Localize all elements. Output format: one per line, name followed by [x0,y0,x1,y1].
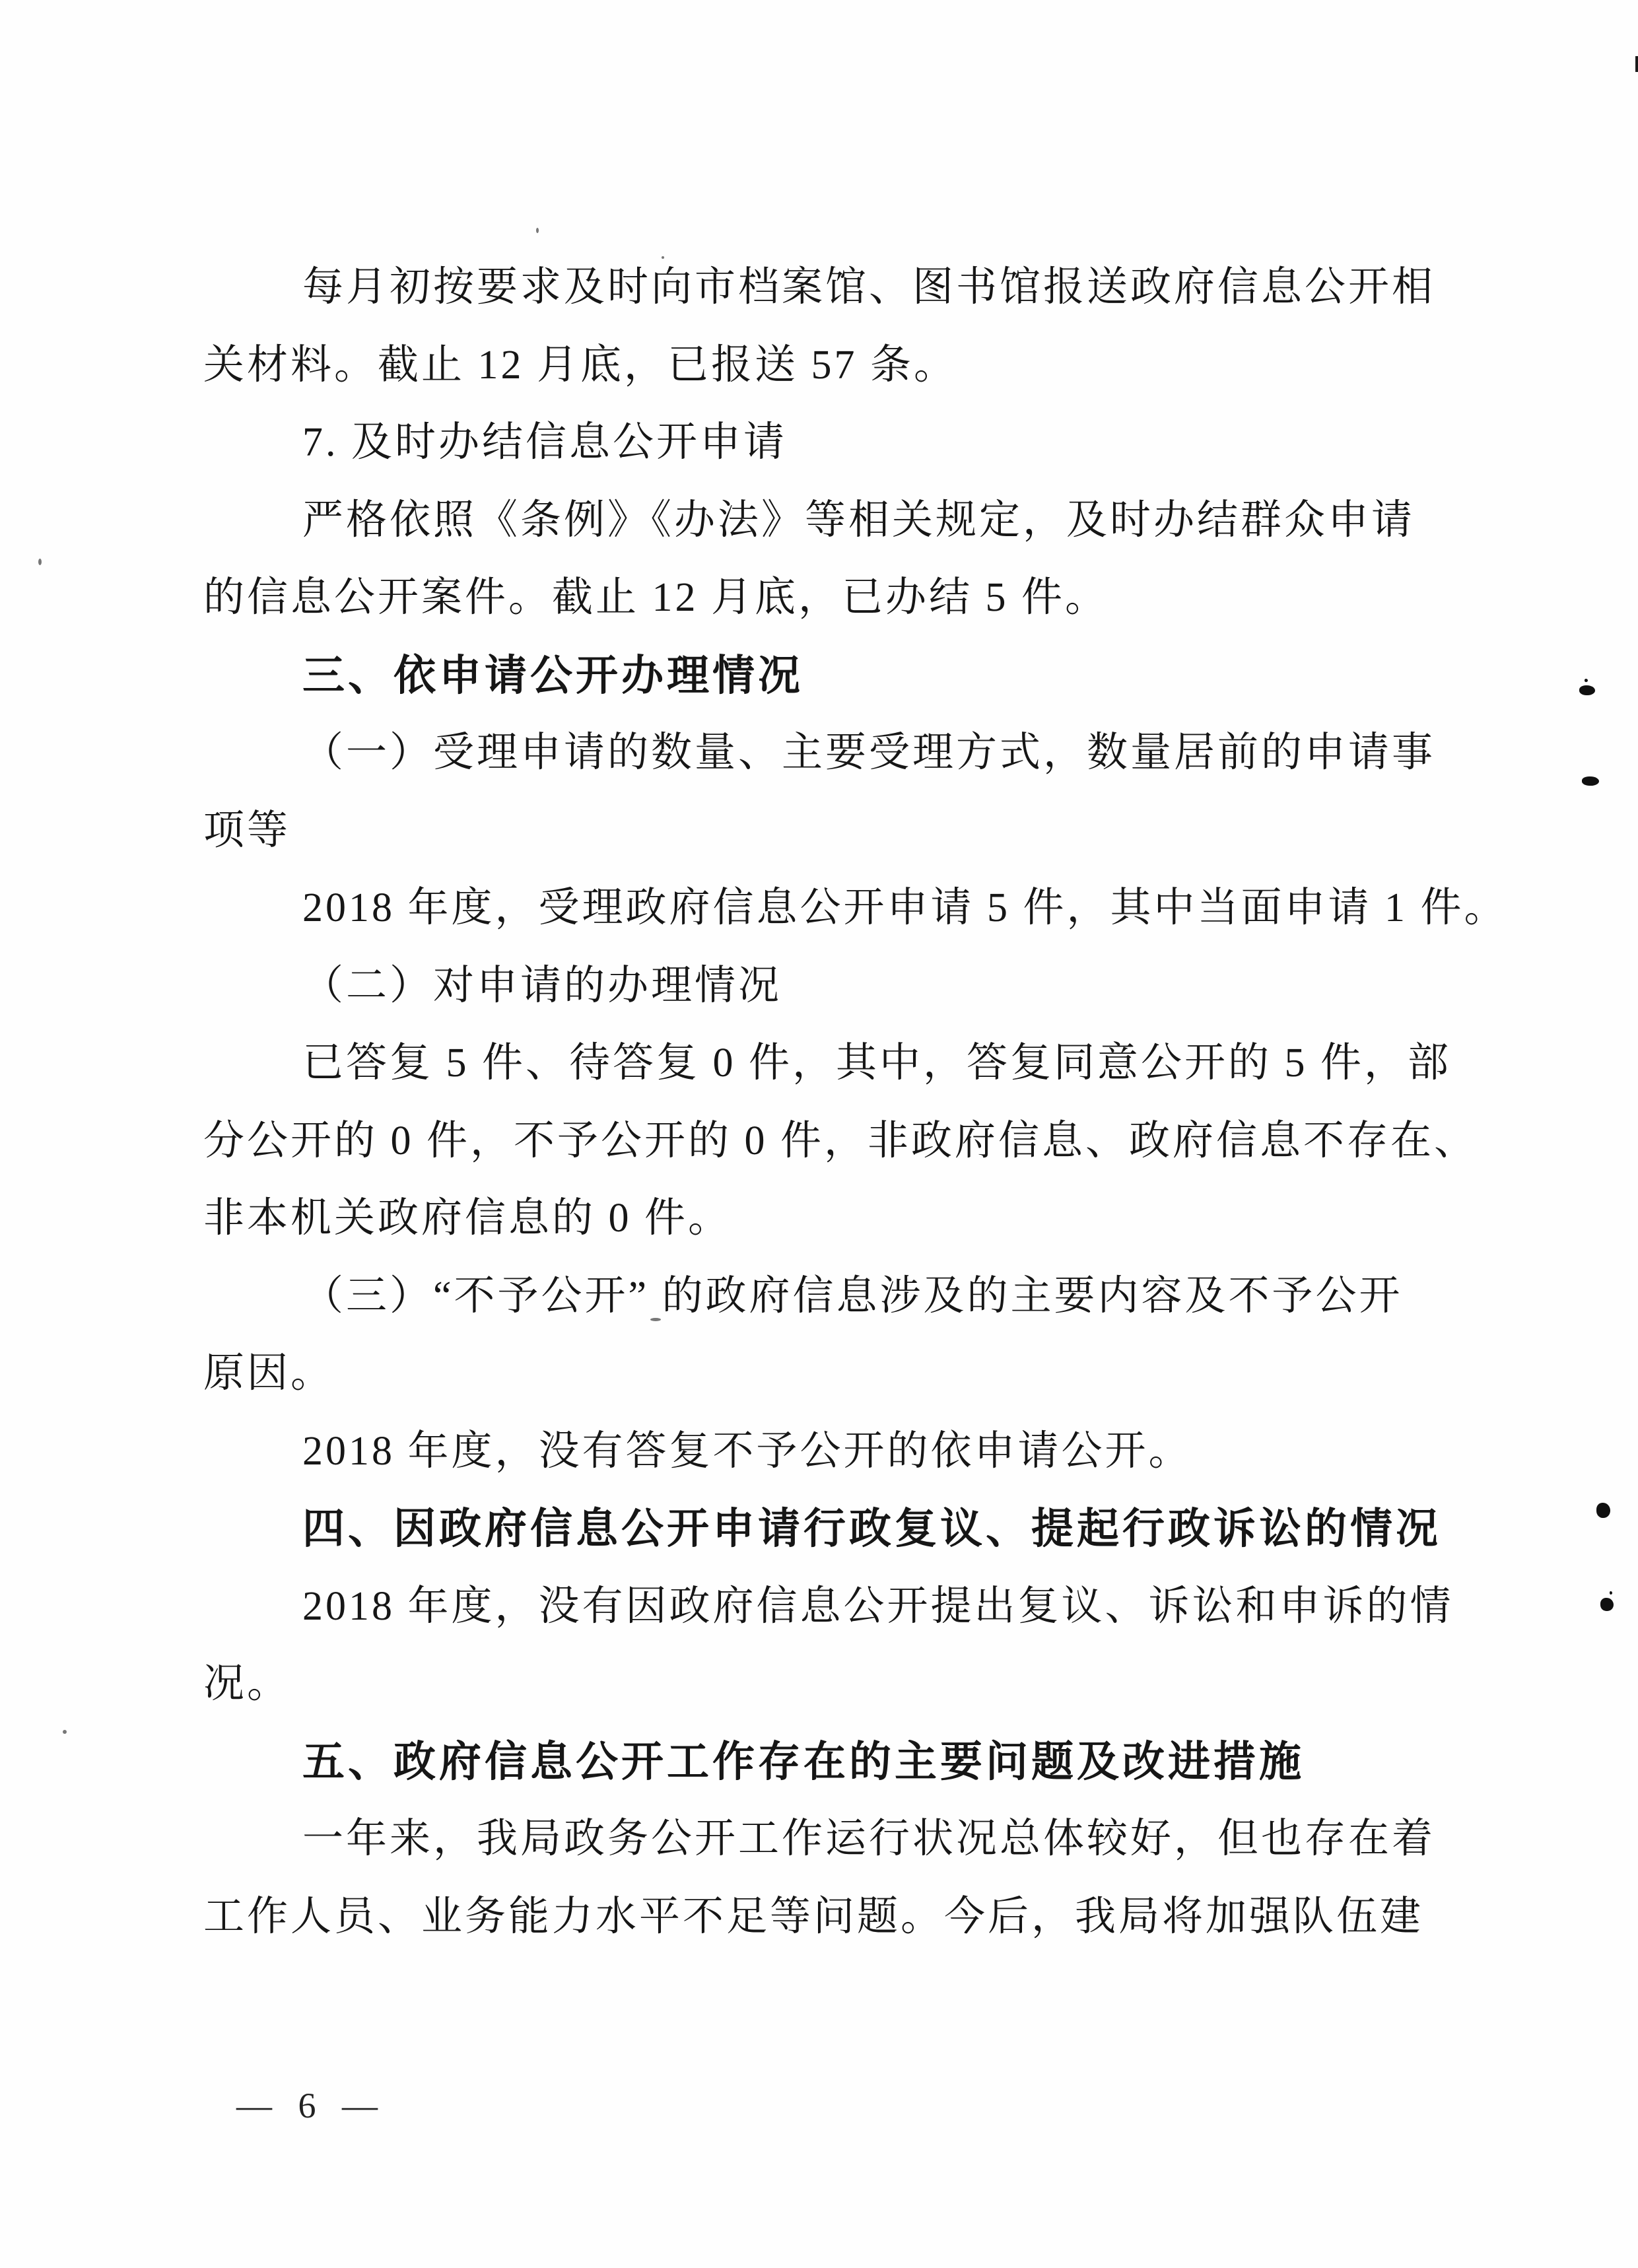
scan-edge-artifact [1635,56,1638,72]
body-line-13: 非本机关政府信息的 0 件。 [203,1180,1454,1258]
body-line-08: 项等 [203,792,1454,870]
body-line-12: 分公开的 0 件，不予公开的 0 件，非政府信息、政府信息不存在、 [203,1103,1454,1181]
scan-dot [662,256,664,259]
subsection-line-1: （一）受理申请的数量、主要受理方式，数量居前的申请事 [203,714,1454,792]
body-line-15: 原因。 [203,1335,1454,1413]
section-heading-3: 三、依申请公开办理情况 [203,637,1454,715]
page-number: — 6 — [236,2085,379,2126]
document-text-block: 每月初按要求及时向市档案馆、图书馆报送政府信息公开相 关材料。截止 12 月底，… [203,249,1454,1956]
scan-dot [536,228,539,233]
section-heading-4: 四、因政府信息公开申请行政复议、提起行政诉讼的情况 [203,1490,1454,1568]
ink-speck [1582,776,1599,786]
scan-dot [650,1318,661,1321]
body-line-09: 2018 年度，受理政府信息公开申请 5 件，其中当面申请 1 件。 [203,870,1454,947]
body-line-16: 2018 年度，没有答复不予公开的依申请公开。 [203,1413,1454,1491]
body-line-03: 7. 及时办结信息公开申请 [203,404,1454,482]
ink-speck [1585,679,1588,682]
subsection-line-3: （三）“不予公开” 的政府信息涉及的主要内容及不予公开 [203,1258,1454,1336]
body-line-11: 已答复 5 件、待答复 0 件，其中，答复同意公开的 5 件，部 [203,1025,1454,1103]
ink-speck [1610,1591,1612,1595]
scan-dot [63,1730,67,1734]
body-line-22: 工作人员、业务能力水平不足等问题。今后，我局将加强队伍建 [203,1878,1454,1956]
ink-speck [1600,1598,1614,1611]
body-line-04: 严格依照《条例》《办法》等相关规定，及时办结群众申请 [203,482,1454,560]
document-page: 每月初按要求及时向市档案馆、图书馆报送政府信息公开相 关材料。截止 12 月底，… [0,0,1638,2268]
subsection-line-2: （二）对申请的办理情况 [203,947,1454,1025]
body-line-18: 2018 年度，没有因政府信息公开提出复议、诉讼和申诉的情 [203,1568,1454,1646]
ink-speck [1579,685,1595,695]
body-line-19: 况。 [203,1645,1454,1723]
body-line-21: 一年来，我局政务公开工作运行状况总体较好，但也存在着 [203,1801,1454,1878]
ink-speck [1596,1503,1610,1518]
scan-dot [38,559,42,565]
body-line-01: 每月初按要求及时向市档案馆、图书馆报送政府信息公开相 [203,249,1454,327]
body-line-05: 的信息公开案件。截止 12 月底，已办结 5 件。 [203,559,1454,637]
section-heading-5: 五、政府信息公开工作存在的主要问题及改进措施 [203,1723,1454,1801]
body-line-02: 关材料。截止 12 月底，已报送 57 条。 [203,327,1454,405]
